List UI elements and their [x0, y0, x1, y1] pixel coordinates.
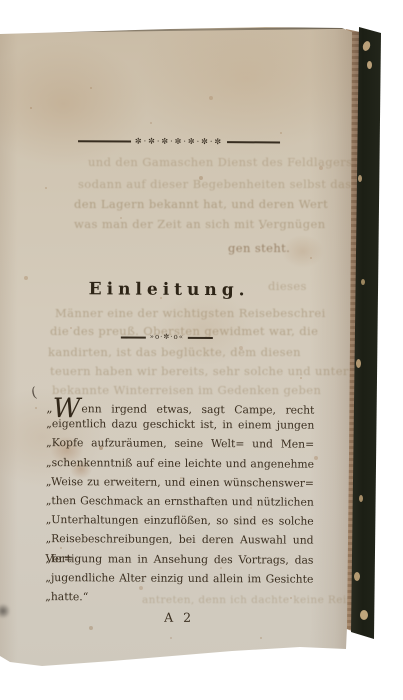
- ornament-rule-middle: »o·✼·o«: [121, 333, 213, 341]
- signature-mark: A 2: [45, 609, 313, 626]
- text-line: „Reisebeschreibungen, bei deren Auswahl …: [46, 529, 314, 550]
- text-line: „Kopfe aufzuräumen, seine Welt= und Men=: [46, 433, 314, 454]
- text-line: „hatte.“: [45, 587, 313, 608]
- binding-wear-chip: [359, 495, 363, 502]
- book-page: und den Gamaschen Dienst des Feldlagers …: [0, 27, 352, 668]
- rule-segment: [78, 140, 131, 143]
- text-line: „Weise zu erweitern, und einen wünschens…: [46, 472, 314, 493]
- fleuron-ornament: »o·✼·o«: [146, 334, 188, 341]
- binding-wear-chip: [354, 572, 360, 581]
- binding-wear-chip: [362, 40, 372, 52]
- text-line: „Unterhaltungen einzuflößen, so sind es …: [46, 510, 314, 531]
- text-line: „jugendliche Alter einzig und allein im …: [45, 568, 313, 589]
- binding-wear-chip: [360, 610, 368, 620]
- book-photo: und den Gamaschen Dienst des Feldlagers …: [0, 0, 403, 700]
- chapter-heading: Einleitung.: [39, 279, 299, 301]
- text-line: „eigentlich dazu geschickt ist, in einem…: [46, 414, 314, 435]
- rule-segment: [188, 336, 213, 338]
- paragraph: („Wenn irgend etwas, sagt Campe, recht „…: [45, 395, 314, 608]
- text-line: „schenkenntniß auf eine leichte und ange…: [46, 453, 314, 474]
- binding-wear-chip: [358, 175, 362, 182]
- fleuron-ornament: ✼·✼·✼·✼·✼·✼·✼: [131, 138, 227, 147]
- ornament-rule-top: ✼·✼·✼·✼·✼·✼·✼: [78, 137, 280, 146]
- ink-mark: (: [30, 384, 39, 404]
- binding-wear-chip: [367, 61, 372, 69]
- text-line: „fertigung man in Ansehung des Vortrags,…: [45, 549, 313, 570]
- rule-segment: [227, 141, 280, 144]
- rule-segment: [121, 336, 146, 338]
- text-line: („Wenn irgend etwas, sagt Campe, recht: [46, 395, 314, 416]
- printed-content: ✼·✼·✼·✼·✼·✼·✼ Einleitung. »o·✼·o« („Wenn…: [0, 27, 353, 670]
- binding-wear-chip: [361, 279, 365, 285]
- text-line: „then Geschmack an ernsthaften und nützl…: [46, 491, 314, 512]
- binding-wear-chip: [356, 359, 361, 368]
